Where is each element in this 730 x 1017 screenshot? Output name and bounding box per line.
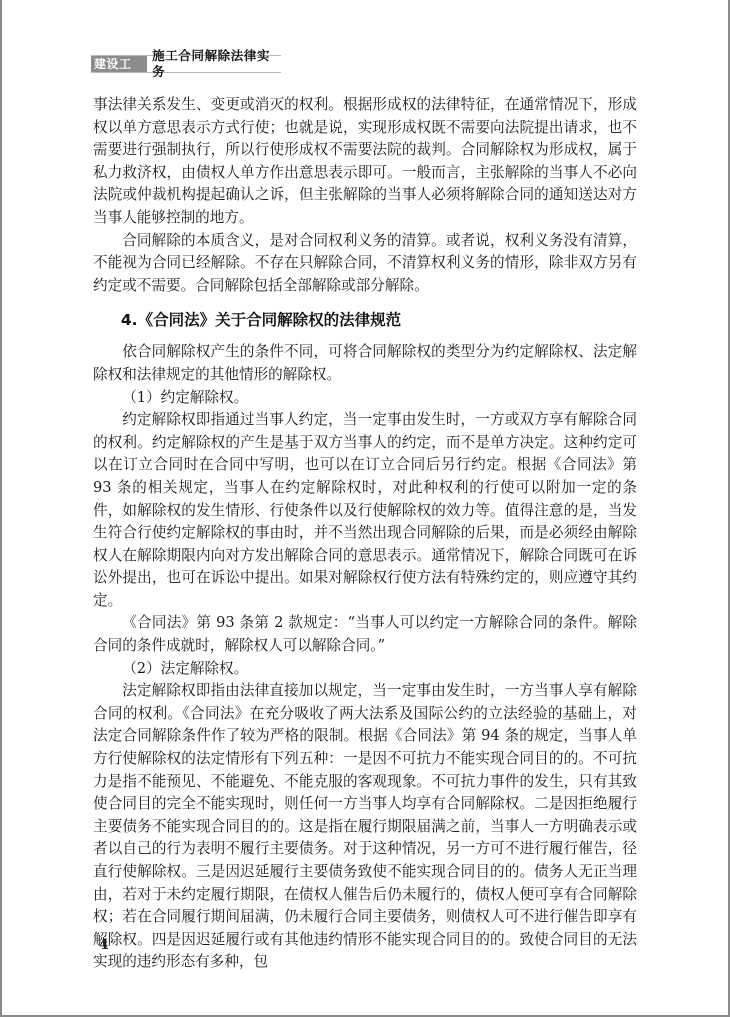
page-body: 事法律关系发生、变更或消灭的权利。根据形成权的法律特征，在通常情况下，形成权以单…: [93, 94, 637, 974]
paragraph-continuation: 事法律关系发生、变更或消灭的权利。根据形成权的法律特征，在通常情况下，形成权以单…: [93, 94, 637, 230]
paragraph-quote: 《合同法》第 93 条第 2 款规定：“当事人可以约定一方解除合同的条件。解除合…: [93, 612, 637, 657]
paragraph: 约定解除权即指通过当事人约定，当一定事由发生时，一方或双方享有解除合同的权利。约…: [93, 409, 637, 612]
header-book-title: 施工合同解除法律实务: [147, 48, 281, 80]
book-page: 建设工程 施工合同解除法律实务 事法律关系发生、变更或消灭的权利。根据形成权的法…: [0, 0, 730, 1017]
subsection-label: （2）法定解除权。: [93, 658, 637, 681]
subsection-label: （1）约定解除权。: [93, 387, 637, 410]
page-number: 4: [99, 937, 109, 953]
paragraph: 合同解除的本质含义，是对合同权利义务的清算。或者说，权利义务没有清算，不能视为合…: [93, 230, 637, 298]
section-heading: 4.《合同法》关于合同解除权的法律规范: [93, 309, 637, 331]
paragraph: 依合同解除权产生的条件不同，可将合同解除权的类型分为约定解除权、法定解除权和法律…: [93, 341, 637, 386]
paragraph: 法定解除权即指由法律直接加以规定，当一定事由发生时，一方当事人享有解除合同的权利…: [93, 680, 637, 974]
header-category-tag: 建设工程: [91, 56, 147, 72]
running-header: 建设工程 施工合同解除法律实务: [91, 55, 281, 73]
